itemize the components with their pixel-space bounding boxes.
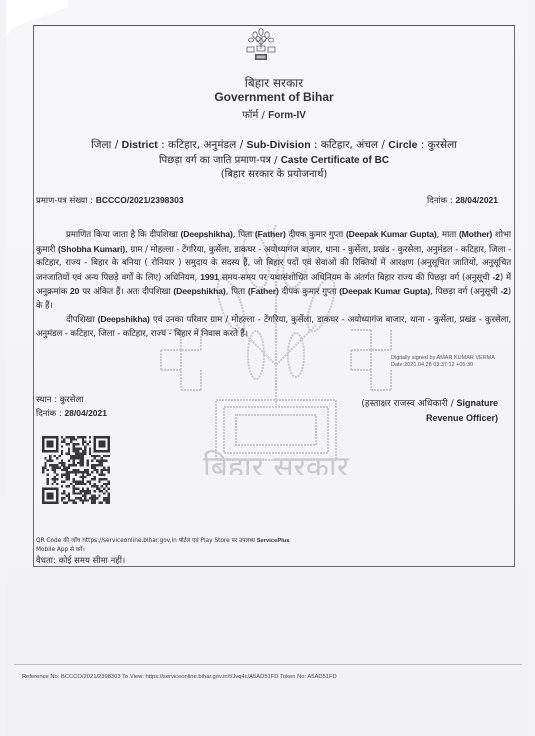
qr-verification-note: QR Code की जाँच https://serviceonline.bi… <box>36 537 290 555</box>
footer-divider <box>14 664 522 665</box>
bihar-emblem-icon <box>242 27 280 63</box>
title-english: Government of Bihar <box>33 90 515 104</box>
reference-footer: Reference No: BCCCO/2021/2398303 To View… <box>22 674 337 680</box>
title-hindi: बिहार सरकार <box>33 74 515 91</box>
svg-text:बिहार सरकार: बिहार सरकार <box>203 450 350 475</box>
qr-code[interactable] <box>42 425 110 515</box>
digital-signature: Digitally signed by AMAR KUMAR VERMA Dat… <box>391 355 495 369</box>
place-date: स्थान : कुरसेला दिनांक : 28/04/2021 <box>36 394 107 421</box>
certificate-purpose: (बिहार सरकार के प्रयोजनार्थ) <box>33 166 515 180</box>
validity-note: वैधता: कोई समय सीमा नहीं। <box>36 555 125 566</box>
jurisdiction-line: जिला / District : कटिहार, अनुमंडल / Sub-… <box>33 138 515 152</box>
certificate-date: दिनांक : 28/04/2021 <box>427 195 498 206</box>
certificate-page: बिहार सरकार बिहार सरकार Government of Bi… <box>6 0 528 736</box>
signature-block: (हस्ताक्षर राजस्व अधिकारी / Signature Re… <box>338 396 498 426</box>
residence-paragraph: दीपशिखा (Deepshikha) एवं उनका परिवार ग्र… <box>36 313 511 341</box>
certification-paragraph: प्रमाणित किया जाता है कि दीपशिखा (Deepsh… <box>36 228 511 314</box>
certificate-number: प्रमाण-पत्र संख्या : BCCCO/2021/2398303 <box>36 195 184 206</box>
certificate-type: पिछड़ा वर्ग का जाति प्रमाण-पत्र / Caste … <box>33 152 515 166</box>
form-number: फॉर्म / Form-IV <box>33 107 515 121</box>
